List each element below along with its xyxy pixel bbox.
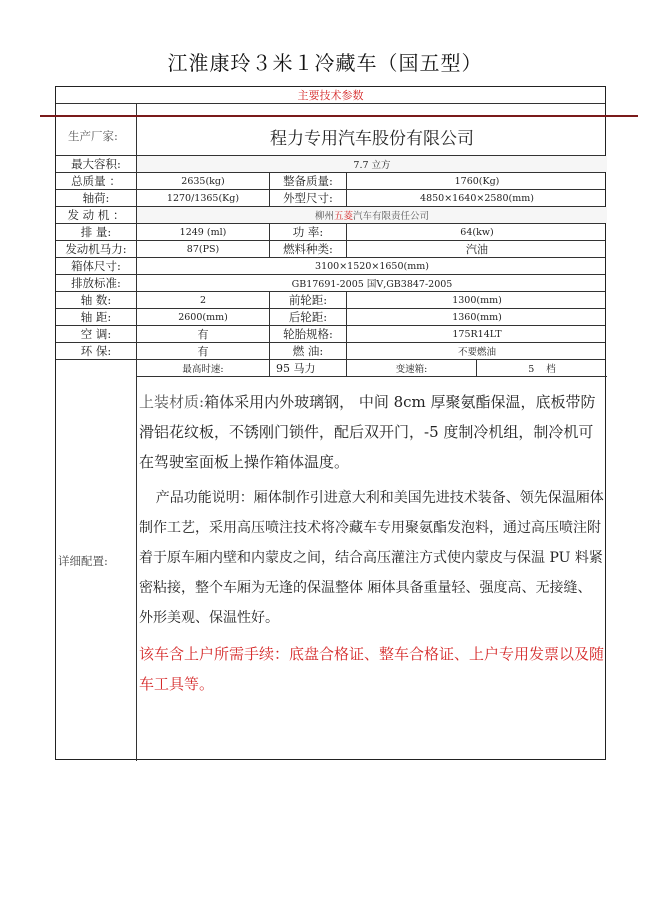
procedure-notice: 该车含上户所需手续：底盘合格证、整车合格证、上户专用发票以及随车工具等。 [139, 639, 605, 699]
body-material-text: 箱体采用内外玻璃钢， 中间 8cm 厚聚氨酯保温，底板带防滑铝花纹板，不锈刚门锁… [139, 393, 596, 471]
axles-row: 轴 数: 2 前轮距: 1300(mm) [56, 292, 605, 309]
max-volume-label: 最大容积: [56, 156, 136, 172]
horsepower-row: 发动机马力: 87(PS) 燃料种类: 汽油 [56, 241, 605, 258]
front-track-label: 前轮距: [269, 292, 346, 308]
eco-value: 有 [136, 343, 269, 359]
max-volume-value: 7.7 立方 [136, 156, 607, 172]
dimensions-label: 外型尺寸: [269, 190, 346, 206]
gross-mass-value: 2635(kg) [136, 173, 269, 189]
mass-row: 总质量 ： 2635(kg) 整备质量: 1760(Kg) [56, 173, 605, 190]
axle-load-label: 轴荷: [56, 190, 136, 206]
axle-load-row: 轴荷: 1270/1365(Kg) 外型尺寸: 4850×1640×2580(m… [56, 190, 605, 207]
emission-value: GB17691-2005 国Ⅴ,GB3847-2005 [136, 275, 607, 291]
axles-label: 轴 数: [56, 292, 136, 308]
engine-label: 发 动 机 ： [56, 207, 136, 223]
curb-mass-label: 整备质量: [269, 173, 346, 189]
detail-label: 详细配置: [56, 360, 136, 761]
ac-row: 空 调: 有 轮胎规格: 175R14LT [56, 326, 605, 343]
top-speed-row: 最高时速: 95 马力 变速箱: 5 档 [136, 360, 607, 377]
box-size-label: 箱体尺寸: [56, 258, 136, 274]
emission-label: 排放标准: [56, 275, 136, 291]
dimensions-value: 4850×1640×2580(mm) [346, 190, 607, 206]
tire-label: 轮胎规格: [269, 326, 346, 342]
fuel-value: 不要燃油 [346, 343, 607, 359]
displacement-row: 排 量: 1249 (ml) 功 率: 64(kw) [56, 224, 605, 241]
section-header: 主要技术参数 [56, 87, 605, 103]
horsepower-label: 发动机马力: [56, 241, 136, 257]
eco-row: 环 保: 有 燃 油: 不要燃油 [56, 343, 605, 360]
front-track-value: 1300(mm) [346, 292, 607, 308]
engine-value: 柳州五菱汽车有限责任公司 [136, 207, 607, 223]
eco-label: 环 保: [56, 343, 136, 359]
page-title: 江淮康玲３米１冷藏车（国五型） [0, 47, 650, 76]
box-size-value: 3100×1520×1650(mm) [136, 258, 607, 274]
detail-divider [136, 377, 137, 761]
gearbox-value: 5 档 [476, 360, 607, 376]
axles-value: 2 [136, 292, 269, 308]
ac-label: 空 调: [56, 326, 136, 342]
function-desc: 产品功能说明：厢体制作引进意大利和美国先进技术装备、领先保温厢体制作工艺，采用高… [139, 483, 605, 633]
top-speed-value: 95 马力 [269, 360, 346, 376]
spec-sheet: 主要技术参数 生产厂家: 程力专用汽车股份有限公司 最大容积: 7.7 立方 总… [55, 86, 606, 760]
body-material-label: 上装材质: [139, 393, 204, 411]
engine-value-highlight: 五菱 [334, 208, 353, 222]
gross-mass-label: 总质量 ： [56, 173, 136, 189]
tire-value: 175R14LT [346, 326, 607, 342]
horsepower-value: 87(PS) [136, 241, 269, 257]
engine-value-prefix: 柳州 [315, 208, 334, 222]
engine-row: 发 动 机 ： 柳州五菱汽车有限责任公司 [56, 207, 605, 224]
wheelbase-row: 轴 距: 2600(mm) 后轮距: 1360(mm) [56, 309, 605, 326]
displacement-label: 排 量: [56, 224, 136, 240]
wheelbase-value: 2600(mm) [136, 309, 269, 325]
emission-row: 排放标准: GB17691-2005 国Ⅴ,GB3847-2005 [56, 275, 605, 292]
power-value: 64(kw) [346, 224, 607, 240]
section-header-row: 主要技术参数 [56, 87, 605, 104]
wheelbase-label: 轴 距: [56, 309, 136, 325]
box-size-row: 箱体尺寸: 3100×1520×1650(mm) [56, 258, 605, 275]
rear-track-label: 后轮距: [269, 309, 346, 325]
displacement-value: 1249 (ml) [136, 224, 269, 240]
axle-load-value: 1270/1365(Kg) [136, 190, 269, 206]
manufacturer-row: 生产厂家: 程力专用汽车股份有限公司 [56, 117, 605, 156]
power-label: 功 率: [269, 224, 346, 240]
fuel-type-value: 汽油 [346, 241, 607, 257]
ac-value: 有 [136, 326, 269, 342]
max-volume-row: 最大容积: 7.7 立方 [56, 156, 605, 173]
rear-track-value: 1360(mm) [346, 309, 607, 325]
manufacturer-label: 生产厂家: [56, 117, 136, 155]
engine-value-suffix: 汽车有限责任公司 [353, 208, 429, 222]
fuel-label: 燃 油: [269, 343, 346, 359]
body-material-paragraph: 上装材质:箱体采用内外玻璃钢， 中间 8cm 厚聚氨酯保温，底板带防滑铝花纹板，… [139, 387, 605, 477]
gearbox-label: 变速箱: [346, 360, 476, 376]
curb-mass-value: 1760(Kg) [346, 173, 607, 189]
manufacturer-value: 程力专用汽车股份有限公司 [136, 117, 607, 155]
top-speed-label: 最高时速: [136, 360, 269, 376]
red-rule-line [40, 115, 638, 117]
detail-content: 上装材质:箱体采用内外玻璃钢， 中间 8cm 厚聚氨酯保温，底板带防滑铝花纹板，… [139, 387, 605, 699]
fuel-type-label: 燃料种类: [269, 241, 346, 257]
